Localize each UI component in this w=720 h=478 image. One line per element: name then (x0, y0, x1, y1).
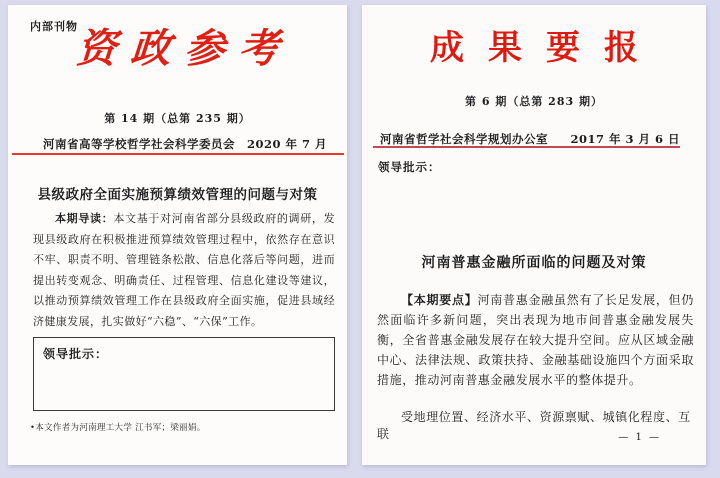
right-page-number: — 1 — (618, 432, 661, 443)
right-lead-label: 【本期要点】 (401, 293, 477, 307)
left-red-divider-rule (12, 153, 344, 155)
right-article-title: 河南普惠金融所面临的问题及对策 (372, 252, 696, 272)
right-publisher-name: 河南省哲学社会科学规划办公室 (380, 131, 548, 147)
left-masthead-title: 资政参考 (6, 27, 348, 71)
right-publisher-row: 河南省哲学社会科学规划办公室 2017 年 3 月 6 日 (380, 131, 680, 147)
right-document-page: 成果要报 第 6 期（总第 283 期） 河南省哲学社会科学规划办公室 2017… (362, 5, 706, 465)
left-author-footnote: •本文作者为河南理工大学 江书军；梁丽娟。 (30, 421, 206, 433)
left-publisher-row: 河南省高等学校哲学社会科学委员会 2020 年 7 月 (43, 136, 327, 152)
right-masthead-title: 成果要报 (362, 29, 706, 67)
right-issue-number: 第 6 期（总第 283 期） (362, 93, 706, 109)
right-lead-body: 河南普惠金融虽然有了长足发展，但仍然面临许多新问题，突出表现为地市间普惠金融发展… (377, 293, 694, 387)
left-lead-body: 本文基于对河南省部分县级政府的调研，发现县级政府在积极推进预算绩效管理过程中，依… (33, 212, 335, 328)
left-lead-label: 本期导读： (55, 212, 113, 225)
left-document-page: 内部刊物 资政参考 第 14 期（总第 235 期） 河南省高等学校哲学社会科学… (8, 5, 347, 465)
scanned-documents-canvas: { "colors": { "background": "#d9daee", "… (0, 0, 720, 478)
left-issue-number: 第 14 期（总第 235 期） (8, 110, 347, 126)
left-publish-date: 2020 年 7 月 (247, 136, 327, 152)
right-leader-approval-label: 领导批示： (378, 159, 441, 175)
left-leader-approval-label: 领导批示： (34, 338, 334, 362)
right-publish-date: 2017 年 3 月 6 日 (570, 131, 680, 147)
right-lead-paragraph: 【本期要点】河南普惠金融虽然有了长足发展，但仍然面临许多新问题，突出表现为地市间… (377, 290, 694, 390)
left-article-title: 县级政府全面实施预算绩效管理的问题与对策 (18, 183, 337, 203)
left-leader-approval-box: 领导批示： (33, 337, 335, 411)
right-red-divider-rule (373, 146, 680, 148)
left-lead-paragraph: 本期导读：本文基于对河南省部分县级政府的调研，发现县级政府在积极推进预算绩效管理… (33, 209, 335, 332)
left-publisher-name: 河南省高等学校哲学社会科学委员会 (43, 136, 235, 152)
